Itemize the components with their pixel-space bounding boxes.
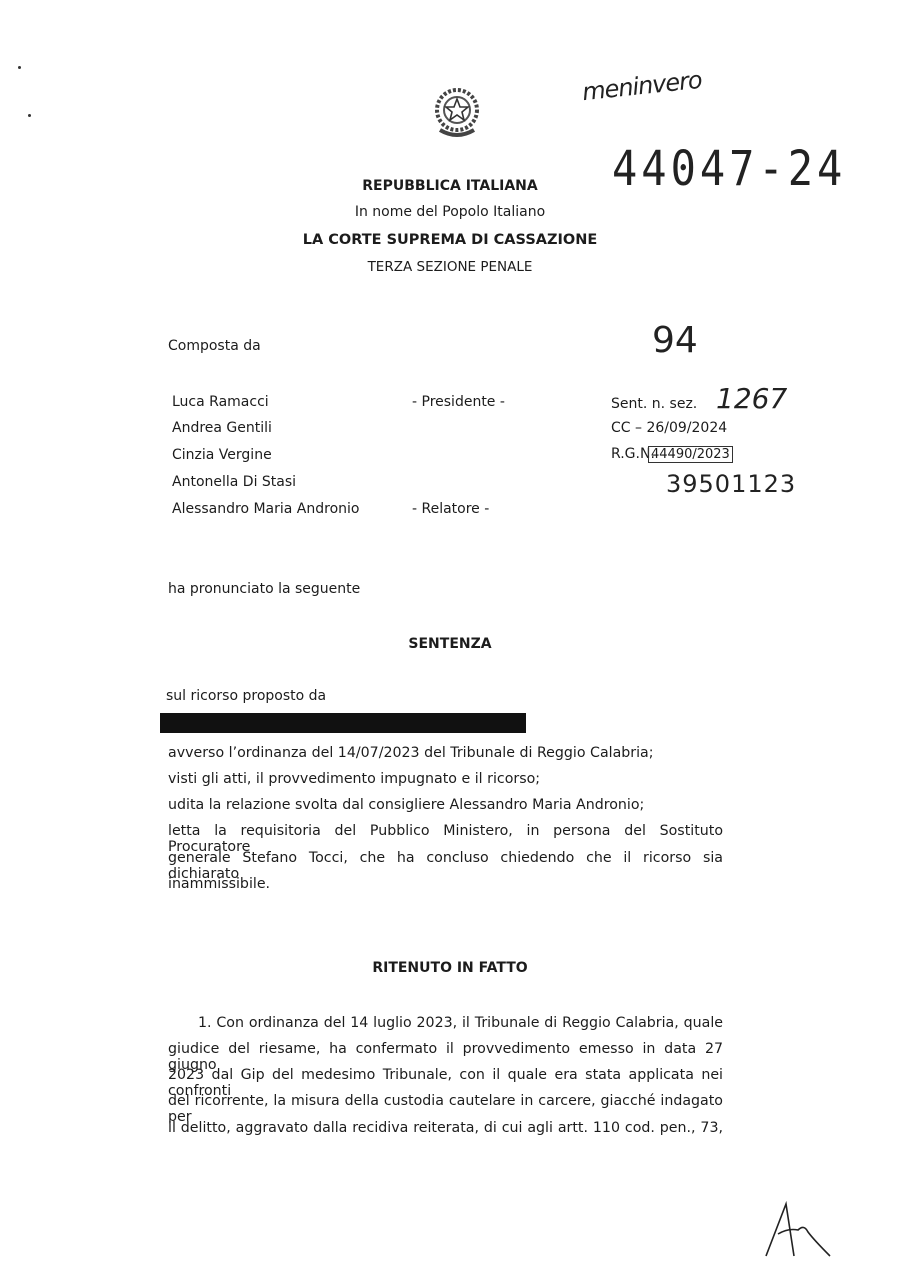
rgn-number: 44490/2023: [648, 446, 733, 463]
judge-name: Cinzia Vergine: [172, 447, 272, 463]
judge-role: - Presidente -: [412, 394, 505, 410]
judge-role: - Relatore -: [412, 501, 489, 517]
paragraph-line: 1. Con ordinanza del 14 luglio 2023, il …: [198, 1015, 723, 1031]
body-line: inammissibile.: [168, 876, 723, 892]
sentence-number-label: Sent. n. sez.: [611, 396, 697, 412]
italian-republic-emblem-icon: [430, 82, 484, 148]
body-line: avverso l’ordinanza del 14/07/2023 del T…: [168, 745, 723, 761]
section-title: TERZA SEZIONE PENALE: [0, 259, 900, 275]
republic-title: REPUBBLICA ITALIANA: [0, 178, 900, 194]
ritenuto-title: RITENUTO IN FATTO: [0, 960, 900, 976]
sentenza-title: SENTENZA: [0, 636, 900, 652]
scan-speck: [18, 66, 21, 69]
judge-name: Antonella Di Stasi: [172, 474, 296, 490]
hearing-date: CC – 26/09/2024: [611, 420, 727, 436]
judge-name: Luca Ramacci: [172, 394, 269, 410]
judge-name: Andrea Gentili: [172, 420, 272, 436]
pronounced-text: ha pronunciato la seguente: [168, 581, 360, 597]
rgn-handwritten: 39501123: [666, 470, 796, 498]
judge-name: Alessandro Maria Andronio: [172, 501, 359, 517]
court-title: LA CORTE SUPREMA DI CASSAZIONE: [0, 232, 900, 248]
body-line: visti gli atti, il provvedimento impugna…: [168, 771, 723, 787]
composition-label: Composta da: [168, 338, 261, 354]
handwritten-number: 94: [652, 320, 698, 361]
ricorso-intro: sul ricorso proposto da: [166, 688, 326, 704]
paragraph-line: il delitto, aggravato dalla recidiva rei…: [168, 1120, 723, 1136]
handwritten-note: meninvero: [581, 66, 703, 106]
signature-initials-icon: [764, 1200, 834, 1264]
redacted-name: [160, 713, 526, 733]
sentence-number-handwritten: 1267: [716, 382, 787, 415]
body-line: udita la relazione svolta dal consiglier…: [168, 797, 723, 813]
people-subtitle: In nome del Popolo Italiano: [0, 204, 900, 220]
scan-speck: [28, 114, 31, 117]
